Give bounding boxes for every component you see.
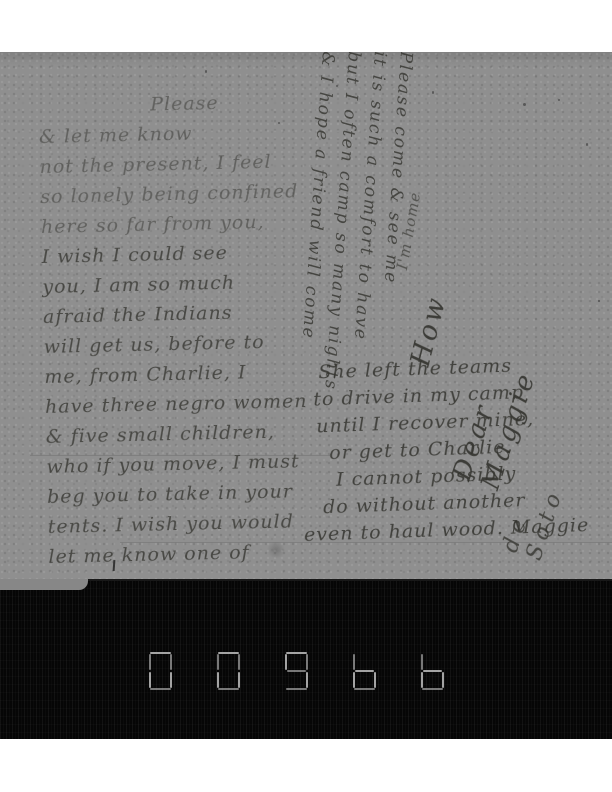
dust-speck [558,99,560,101]
handwriting-line: you, I am so much [42,272,235,306]
dust-speck [278,122,280,124]
dust-speck [523,103,526,106]
counter-digit [215,650,242,692]
film-band [0,579,612,741]
scanner-margin-top [0,0,612,52]
handwriting-line: Please [150,92,219,124]
handwriting-line: tents. I wish you would [48,510,295,546]
handwriting-line: & let me know [39,123,193,156]
dust-speck [336,85,338,87]
dust-speck [586,143,588,146]
handwriting-line: me, from Charlie, I [44,361,247,396]
scan-streak [120,542,612,543]
counter-digit [147,650,174,692]
handwriting-line: let me know one of [48,541,250,576]
handwriting-line: afraid the Indians [43,302,233,336]
counter-digit [351,650,378,692]
handwriting-line: I wish I could see [41,242,228,276]
scanner-margin-bottom [0,739,612,792]
dust-speck [598,300,600,302]
counter-digit [419,650,446,692]
page-edge-tab [0,579,88,590]
scanned-letter-page: Please& let me knownot the present, I fe… [0,52,612,579]
counter-digit [283,650,310,692]
dust-speck [205,70,207,73]
ink-smudge [266,542,286,558]
handwriting-line: here so far from you, [41,211,265,246]
dust-speck [432,91,434,94]
scan-streak [30,455,330,456]
